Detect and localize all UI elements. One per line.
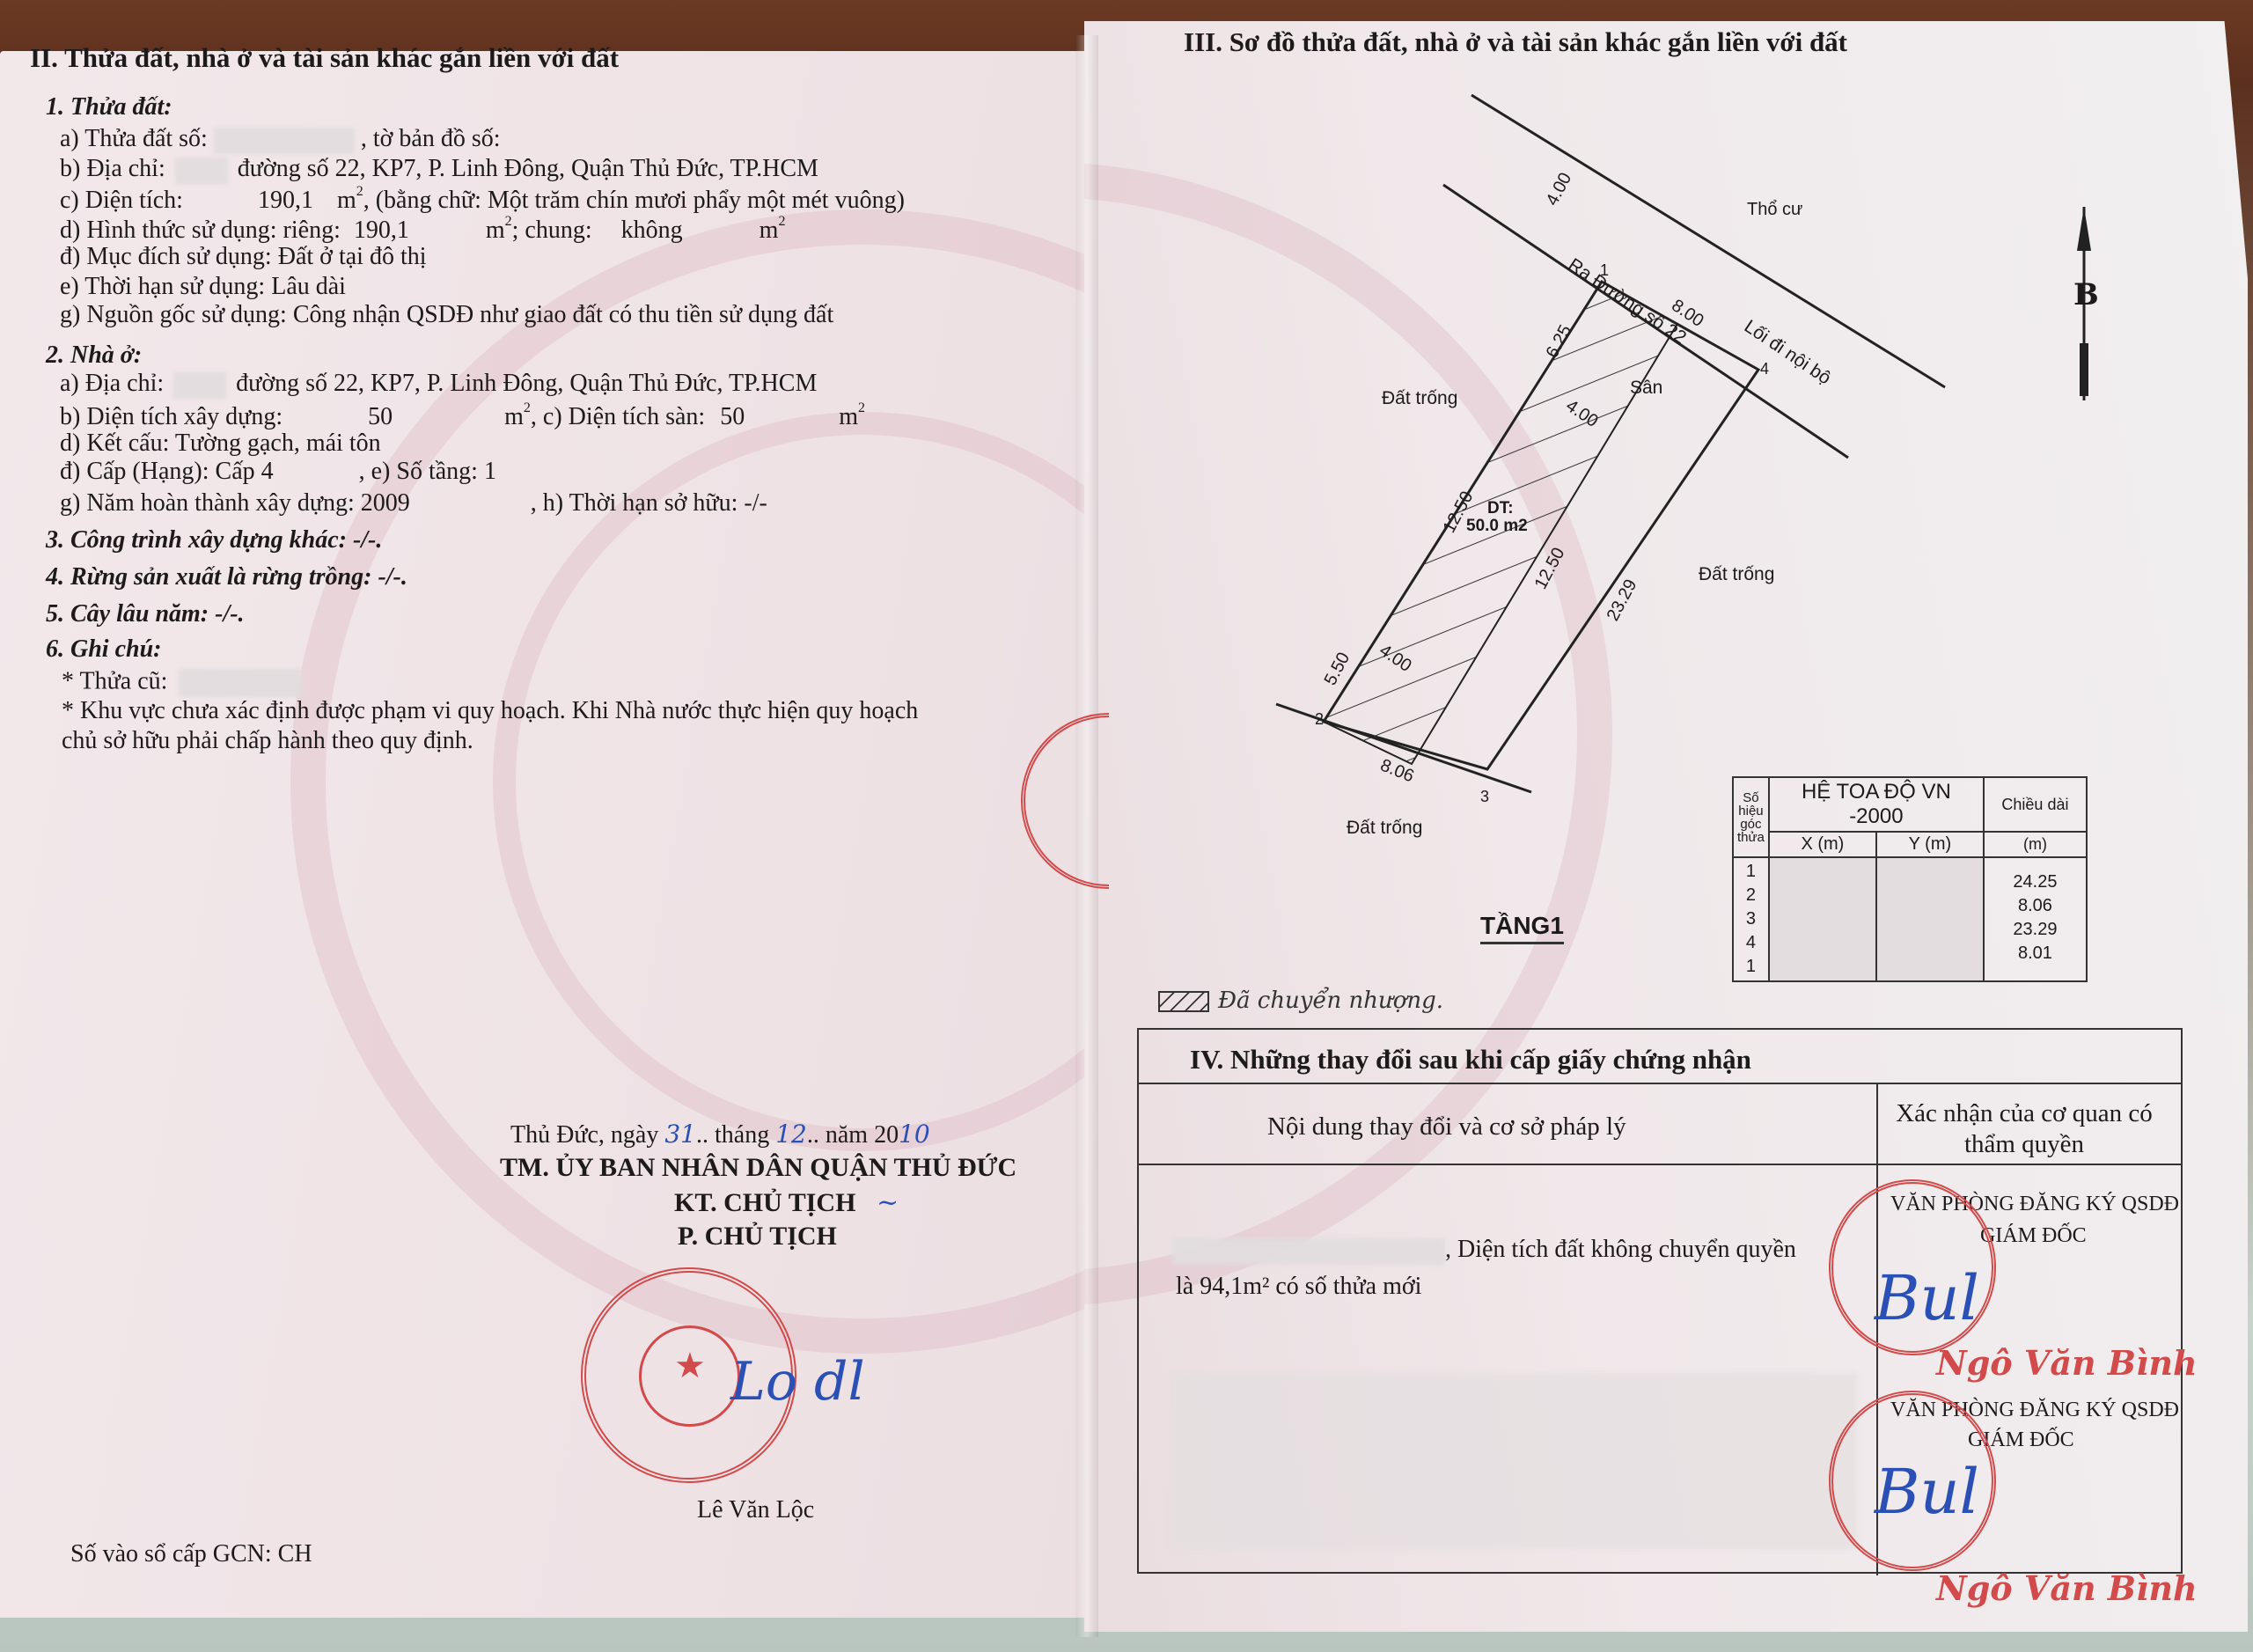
- col-system: HỆ TOA ĐỘ VN -2000: [1769, 777, 1984, 832]
- label-residential: Thổ cư: [1747, 201, 1802, 218]
- hatch-legend-icon: [1158, 991, 1209, 1012]
- change-entries-redacted: [1171, 1373, 1857, 1549]
- col-corner: Số hiệu góc thửa: [1733, 777, 1769, 857]
- length-list: 24.25 8.06 23.29 8.01: [1984, 857, 2087, 981]
- col-x: X (m): [1769, 832, 1876, 857]
- table-row-corner: 2: [1737, 884, 1765, 907]
- change-entry-line1: , Diện tích đất không chuyển quyền: [1172, 1237, 1796, 1265]
- col-confirmation: Xác nhận của cơ quan có thẩm quyền: [1892, 1098, 2156, 1160]
- corner-4: 4: [1760, 361, 1769, 377]
- floor-title: TẦNG1: [1480, 914, 1564, 944]
- confirm-name-1: Ngô Văn Bình: [1936, 1347, 2198, 1380]
- area-value: 50.0 m2: [1466, 518, 1528, 534]
- table-row-corner: 4: [1737, 931, 1765, 955]
- label-empty-land-right: Đất trống: [1699, 565, 1774, 584]
- change-entry-line2: là 94,1m² có số thửa mới: [1176, 1274, 1421, 1299]
- col-change-content: Nội dung thay đổi và cơ sở pháp lý: [1267, 1114, 1626, 1140]
- corner-2: 2: [1315, 711, 1324, 727]
- coordinate-table: Số hiệu góc thửa HỆ TOA ĐỘ VN -2000 Chiề…: [1732, 776, 2088, 982]
- changes-title: IV. Những thay đổi sau khi cấp giấy chứn…: [1190, 1046, 1751, 1073]
- label-empty-land-left: Đất trống: [1382, 389, 1457, 407]
- corner-1: 1: [1600, 262, 1609, 278]
- col-length-unit: (m): [1984, 832, 2087, 857]
- director-signature-2: Bul: [1875, 1461, 1979, 1523]
- table-row-length: 8.06: [1988, 894, 2082, 918]
- col-length: Chiều dài: [1984, 777, 2087, 832]
- x-values-redacted: [1769, 857, 1876, 981]
- table-row-length: 8.01: [1988, 942, 2082, 966]
- table-row-length: 23.29: [1988, 918, 2082, 942]
- label-yard: Sân: [1630, 378, 1662, 397]
- table-row-corner: 1: [1737, 860, 1765, 884]
- corner-list: 1 2 3 4 1: [1733, 857, 1769, 981]
- director-signature-1: Bul: [1875, 1267, 1979, 1329]
- table-row-corner: 1: [1737, 955, 1765, 979]
- confirm-name-2: Ngô Văn Bình: [1936, 1572, 2198, 1605]
- north-arrow-icon: B: [2073, 280, 2099, 310]
- area-label: DT:: [1487, 500, 1514, 517]
- label-empty-land-bottom: Đất trống: [1347, 819, 1422, 837]
- change-entry-text: , Diện tích đất không chuyển quyền: [1445, 1236, 1796, 1263]
- table-row-length: 24.25: [1988, 870, 2082, 894]
- col-y: Y (m): [1876, 832, 1984, 857]
- table-row-corner: 3: [1737, 907, 1765, 931]
- confirm-title-1: GIÁM ĐỐC: [1980, 1225, 2087, 1246]
- y-values-redacted: [1876, 857, 1984, 981]
- change-entry-redacted: [1172, 1238, 1445, 1265]
- legend-transferred: Đã chuyển nhượng.: [1218, 989, 1443, 1012]
- corner-3: 3: [1480, 789, 1489, 804]
